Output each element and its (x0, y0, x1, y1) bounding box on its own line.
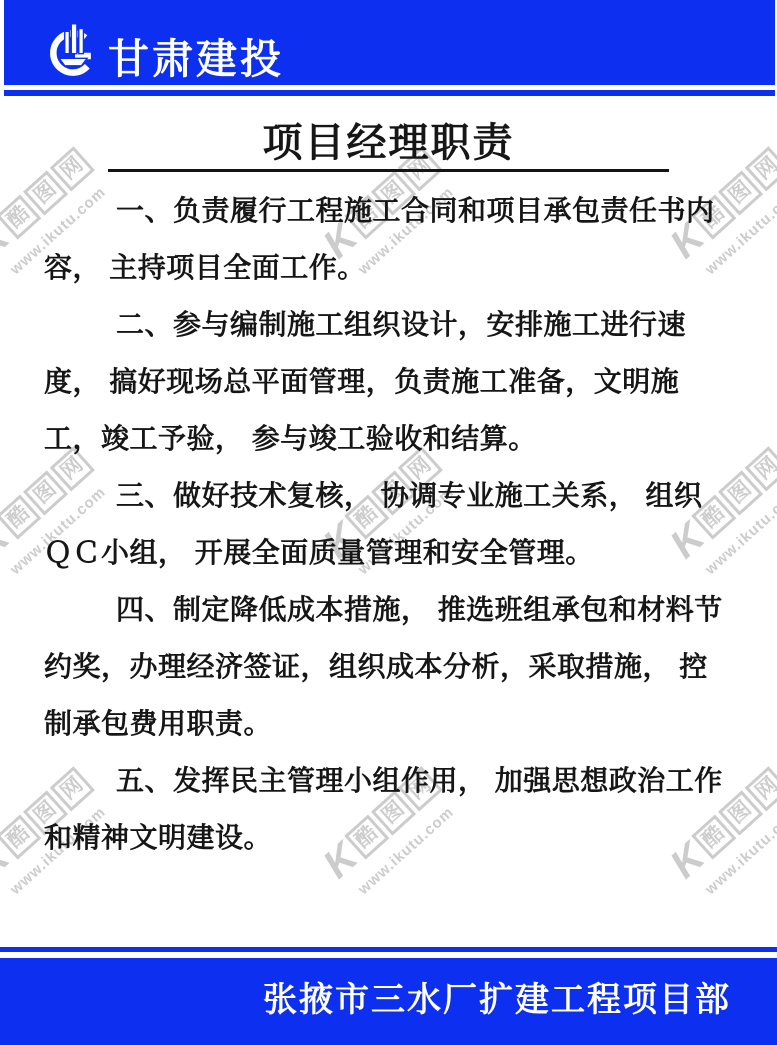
brand-name: 甘肃建投 (108, 26, 284, 85)
ikutu-logo-char: 酷 (0, 495, 41, 540)
paragraph-line: 三、做好技术复核， 协调专业施工关系， 组织 (44, 467, 737, 524)
ikutu-k-glyph: K (0, 516, 17, 565)
ikutu-logo-char: 网 (745, 446, 777, 491)
paragraph-line: 制承包费用职责。 (44, 695, 737, 752)
ikutu-logo-char: 酷 (0, 815, 41, 860)
responsibilities-text: 一、负责履行工程施工合同和项目承包责任书内容， 主持项目全面工作。二、参与编制施… (44, 182, 737, 866)
title-underline (108, 169, 669, 172)
paragraph-line: 一、负责履行工程施工合同和项目承包责任书内 (44, 182, 737, 239)
ikutu-k-glyph: K (0, 836, 17, 885)
paragraph-line: 度， 搞好现场总平面管理，负责施工准备，文明施 (44, 353, 737, 410)
ikutu-logo-char: 网 (745, 766, 777, 811)
footer-divider-stripe (0, 947, 777, 952)
footer-band: 张掖市三水厂扩建工程项目部 (0, 958, 777, 1045)
paragraph-line: 容， 主持项目全面工作。 (44, 239, 737, 296)
page-edge-margin-left (0, 0, 4, 96)
header-divider-stripe (0, 90, 777, 96)
gansu-jiantou-logo-icon (47, 19, 103, 79)
paragraph-line: 四、制定降低成本措施， 推选班组承包和材料节 (44, 581, 737, 638)
paragraph-line: ＱＣ小组， 开展全面质量管理和安全管理。 (44, 524, 737, 581)
ikutu-k-glyph: K (0, 216, 17, 265)
paragraph-line: 五、发挥民主管理小组作用， 加强思想政治工作 (44, 752, 737, 809)
paragraph-line: 二、参与编制施工组织设计，安排施工进行速 (44, 296, 737, 353)
paragraph-line: 约奖，办理经济签证，组织成本分析，采取措施， 控 (44, 638, 737, 695)
page-title: 项目经理职责 (0, 111, 777, 168)
paragraph-line: 工，竣工予验， 参与竣工验收和结算。 (44, 410, 737, 467)
header-band: 甘肃建投 (0, 0, 777, 85)
ikutu-logo-char: 酷 (0, 195, 41, 240)
footer-org-name: 张掖市三水厂扩建工程项目部 (263, 981, 731, 1019)
signboard-page: 甘肃建投 项目经理职责 一、负责履行工程施工合同和项目承包责任书内容， 主持项目… (0, 0, 777, 1045)
paragraph-line: 和精神文明建设。 (44, 809, 737, 866)
